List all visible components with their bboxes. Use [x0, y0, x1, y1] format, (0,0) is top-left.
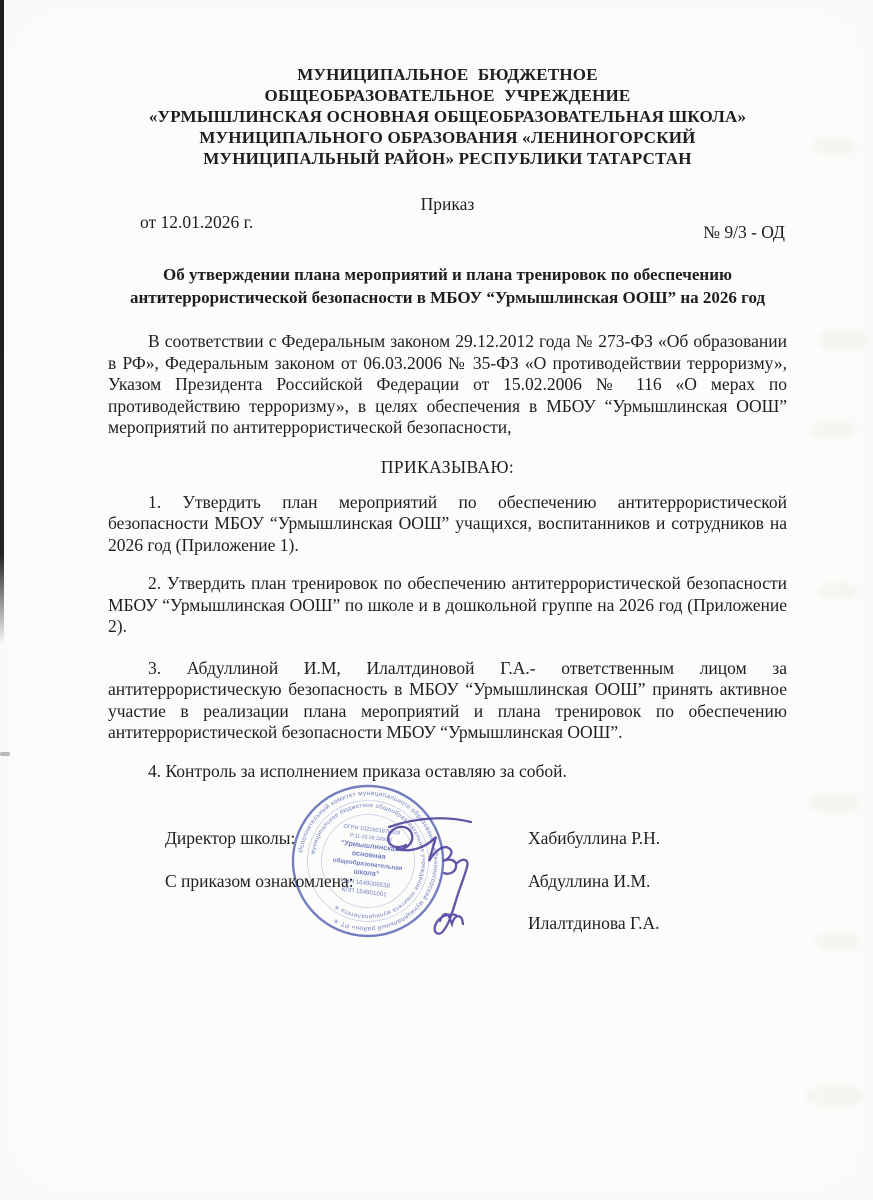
stamp-circle-group: Исполнительный комитет муниципального об…: [285, 777, 452, 944]
scan-edge-artifact: [0, 0, 4, 645]
preamble-line: мероприятий по антитеррористической безо…: [108, 417, 787, 439]
org-header-line: «УРМЫШЛИНСКАЯ ОСНОВНАЯ ОБЩЕОБРАЗОВАТЕЛЬН…: [108, 106, 787, 127]
scanned-document-page: МУНИЦИПАЛЬНОЕ БЮДЖЕТНОЕ ОБЩЕОБРАЗОВАТЕЛЬ…: [0, 0, 873, 1200]
doc-title: Об утверждении плана мероприятий и плана…: [108, 263, 787, 309]
bleed-spot: [812, 136, 856, 156]
order-item-line: 1. Утвердить план мероприятий по обеспеч…: [108, 492, 787, 514]
bleed-spot: [818, 328, 868, 352]
organization-header: МУНИЦИПАЛЬНОЕ БЮДЖЕТНОЕ ОБЩЕОБРАЗОВАТЕЛЬ…: [108, 64, 787, 169]
order-item-line: антитеррористическую безопасность в МБОУ…: [108, 679, 787, 701]
preamble-line: Указом Президента Российской Федерации о…: [108, 374, 787, 396]
bleed-spot: [808, 792, 860, 814]
order-item-line: антитеррористической безопасности МБОУ “…: [108, 722, 787, 744]
resolution-heading: ПРИКАЗЫВАЮ:: [108, 457, 787, 478]
doc-title-line: антитеррористической безопасности в МБОУ…: [108, 286, 787, 309]
preamble-line: В соответствии с Федеральным законом 29.…: [108, 331, 787, 353]
org-header-line: МУНИЦИПАЛЬНЫЙ РАЙОН» РЕСПУБЛИКИ ТАТАРСТА…: [108, 148, 787, 169]
bleed-spot: [810, 420, 856, 440]
order-meta-row: от 12.01.2026 г. № 9/3 - ОД: [108, 212, 787, 243]
signature-name: Илалтдинова Г.А.: [528, 913, 660, 934]
org-header-line: ОБЩЕОБРАЗОВАТЕЛЬНОЕ УЧРЕЖДЕНИЕ: [108, 85, 787, 106]
order-item-line: 2. Утвердить план тренировок по обеспече…: [108, 573, 787, 595]
preamble-paragraph: В соответствии с Федеральным законом 29.…: [108, 331, 787, 439]
order-item-line: безопасности МБОУ “Урмышлинская ООШ” уча…: [108, 513, 787, 535]
order-item-line: 2026 год (Приложение 1).: [108, 535, 787, 557]
order-item-1: 1. Утвердить план мероприятий по обеспеч…: [108, 492, 787, 557]
scan-mark-artifact: [0, 752, 10, 756]
order-item-line: МБОУ “Урмышлинская ООШ” по школе и в дош…: [108, 595, 787, 617]
school-stamp: Исполнительный комитет муниципального об…: [285, 775, 495, 945]
order-item-line: 2).: [108, 616, 787, 638]
stamp-center-line: школа”: [353, 866, 380, 878]
order-item-3: 3. Абдуллиной И.М, Илалтдиновой Г.А.- от…: [108, 658, 787, 744]
stamp-center-text: ОГРН 1021601975929 Р:11-29.09.249/29 “Ур…: [329, 823, 407, 900]
signature-name: Абдуллина И.М.: [528, 871, 650, 892]
order-item-line: 3. Абдуллиной И.М, Илалтдиновой Г.А.- от…: [108, 658, 787, 680]
signature-label: Директор школы:: [165, 828, 295, 849]
preamble-line: противодействию терроризму», в целях обе…: [108, 396, 787, 418]
order-item-line: участие в реализации плана мероприятий и…: [108, 701, 787, 723]
staff-signature: [435, 860, 468, 934]
bleed-spot: [814, 932, 860, 952]
org-header-line: МУНИЦИПАЛЬНОГО ОБРАЗОВАНИЯ «ЛЕНИНОГОРСКИ…: [108, 127, 787, 148]
doc-number: № 9/3 - ОД: [703, 222, 785, 243]
bleed-spot: [806, 1084, 862, 1108]
order-item-2: 2. Утвердить план тренировок по обеспече…: [108, 573, 787, 638]
signature-name: Хабибуллина Р.Н.: [528, 828, 660, 849]
org-header-line: МУНИЦИПАЛЬНОЕ БЮДЖЕТНОЕ: [108, 64, 787, 85]
doc-title-line: Об утверждении плана мероприятий и плана…: [108, 263, 787, 286]
doc-date: от 12.01.2026 г.: [140, 212, 253, 243]
preamble-line: в РФ», Федеральным законом от 06.03.2006…: [108, 353, 787, 375]
bleed-spot: [816, 582, 858, 600]
